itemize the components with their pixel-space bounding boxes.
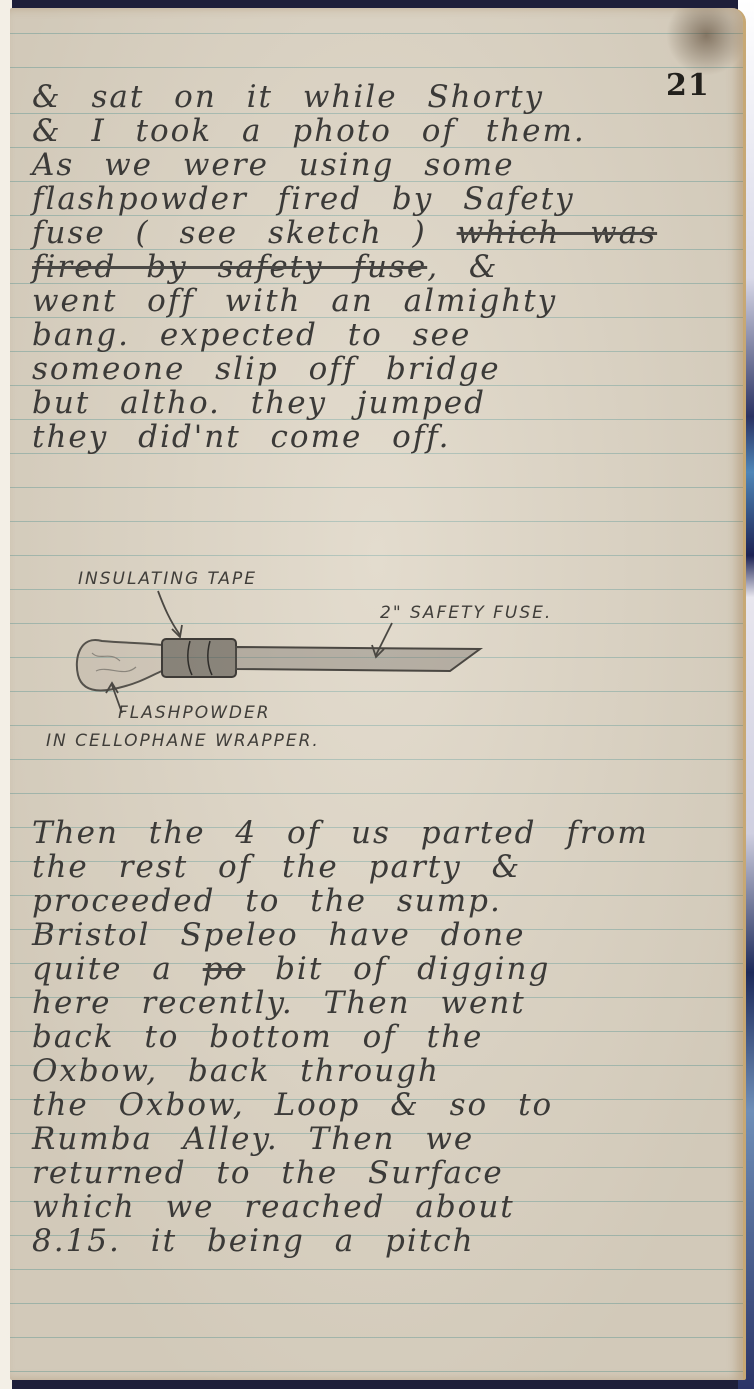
fuse-sketch: INSULATING TAPE 2" SAFETY FUSE. FLASHPOW… [40,563,600,763]
struck-text: which was [457,215,658,251]
text-line: flashpowder fired by Safety [32,182,732,216]
text-line: Rumba Alley. Then we [32,1122,732,1156]
text-line: but altho. they jumped [32,386,732,420]
text-line: Oxbow, back through [32,1054,732,1088]
text-line: Bristol Speleo have done [32,918,732,952]
notebook-page: 21 & sat on it while Shorty & I took a p… [10,8,746,1380]
label-flashpowder: FLASHPOWDER [118,703,271,723]
struck-text: fired by safety fuse [32,249,427,285]
text-line: went off with an almighty [32,284,732,318]
paragraph-2: Then the 4 of us parted from the rest of… [32,816,732,1258]
label-safety-fuse: 2" SAFETY FUSE. [380,603,552,623]
text-line: & sat on it while Shorty [32,80,732,114]
label-insulating-tape: INSULATING TAPE [78,569,257,589]
text-line: which we reached about [32,1190,732,1224]
text-line: Then the 4 of us parted from [32,816,732,850]
text-line: here recently. Then went [32,986,732,1020]
text-line: they did'nt come off. [32,420,732,454]
text-line: bang. expected to see [32,318,732,352]
label-cellophane-wrapper: IN CELLOPHANE WRAPPER. [46,731,320,751]
text-line: back to bottom of the [32,1020,732,1054]
text-line: the rest of the party & [32,850,732,884]
struck-text: po [203,951,246,987]
text-line: & I took a photo of them. [32,114,732,148]
text-line: the Oxbow, Loop & so to [32,1088,732,1122]
text-line: proceeded to the sump. [32,884,732,918]
text-line: someone slip off bridge [32,352,732,386]
text-line: 8.15. it being a pitch [32,1224,732,1258]
paragraph-1: & sat on it while Shorty & I took a phot… [32,80,732,454]
text-line: As we were using some [32,148,732,182]
text-line: fuse ( see sketch ) which was [32,216,732,250]
text-line: returned to the Surface [32,1156,732,1190]
text-line: quite a po bit of digging [32,952,732,986]
text-line: fired by safety fuse, & [32,250,732,284]
